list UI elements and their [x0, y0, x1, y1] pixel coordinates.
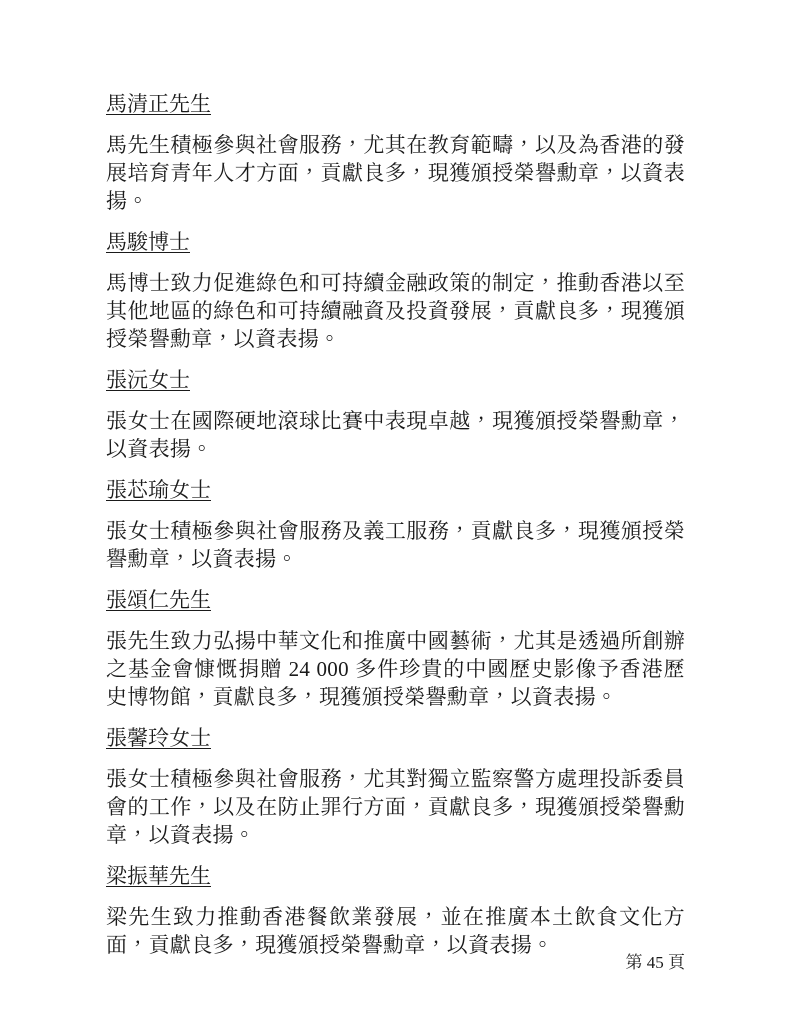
recipient-name: 張沅女士 [106, 366, 685, 394]
honour-entry: 馬清正先生 馬先生積極參與社會服務，尤其在教育範疇，以及為香港的發展培育青年人才… [106, 90, 685, 215]
recipient-name: 馬清正先生 [106, 90, 685, 118]
recipient-name: 張馨玲女士 [106, 724, 685, 752]
honour-entry: 張馨玲女士 張女士積極參與社會服務，尤其對獨立監察警方處理投訴委員會的工作，以及… [106, 724, 685, 849]
honour-entry: 張沅女士 張女士在國際硬地滾球比賽中表現卓越，現獲頒授榮譽勳章，以資表揚。 [106, 366, 685, 463]
citation-text: 梁先生致力推動香港餐飲業發展，並在推廣本土飲食文化方面，貢獻良多，現獲頒授榮譽勳… [106, 903, 685, 959]
citation-text: 馬博士致力促進綠色和可持續金融政策的制定，推動香港以至其他地區的綠色和可持續融資… [106, 269, 685, 353]
citation-text: 張女士在國際硬地滾球比賽中表現卓越，現獲頒授榮譽勳章，以資表揚。 [106, 407, 685, 463]
citation-text: 馬先生積極參與社會服務，尤其在教育範疇，以及為香港的發展培育青年人才方面，貢獻良… [106, 131, 685, 215]
page-footer: 第 45 頁 [626, 951, 686, 975]
honour-entry: 張芯瑜女士 張女士積極參與社會服務及義工服務，貢獻良多，現獲頒授榮譽勳章，以資表… [106, 476, 685, 573]
honour-entry: 張頌仁先生 張先生致力弘揚中華文化和推廣中國藝術，尤其是透過所創辦之基金會慷慨捐… [106, 586, 685, 711]
recipient-name: 馬駿博士 [106, 228, 685, 256]
honours-list: 馬清正先生 馬先生積極參與社會服務，尤其在教育範疇，以及為香港的發展培育青年人才… [106, 90, 685, 959]
recipient-name: 梁振華先生 [106, 862, 685, 890]
citation-text: 張女士積極參與社會服務，尤其對獨立監察警方處理投訴委員會的工作，以及在防止罪行方… [106, 765, 685, 849]
page-number: 第 45 頁 [626, 953, 686, 972]
honour-entry: 梁振華先生 梁先生致力推動香港餐飲業發展，並在推廣本土飲食文化方面，貢獻良多，現… [106, 862, 685, 959]
document-page: 馬清正先生 馬先生積極參與社會服務，尤其在教育範疇，以及為香港的發展培育青年人才… [0, 0, 791, 1024]
recipient-name: 張頌仁先生 [106, 586, 685, 614]
citation-text: 張女士積極參與社會服務及義工服務，貢獻良多，現獲頒授榮譽勳章，以資表揚。 [106, 517, 685, 573]
recipient-name: 張芯瑜女士 [106, 476, 685, 504]
honour-entry: 馬駿博士 馬博士致力促進綠色和可持續金融政策的制定，推動香港以至其他地區的綠色和… [106, 228, 685, 353]
citation-text: 張先生致力弘揚中華文化和推廣中國藝術，尤其是透過所創辦之基金會慷慨捐贈 24 0… [106, 627, 685, 711]
